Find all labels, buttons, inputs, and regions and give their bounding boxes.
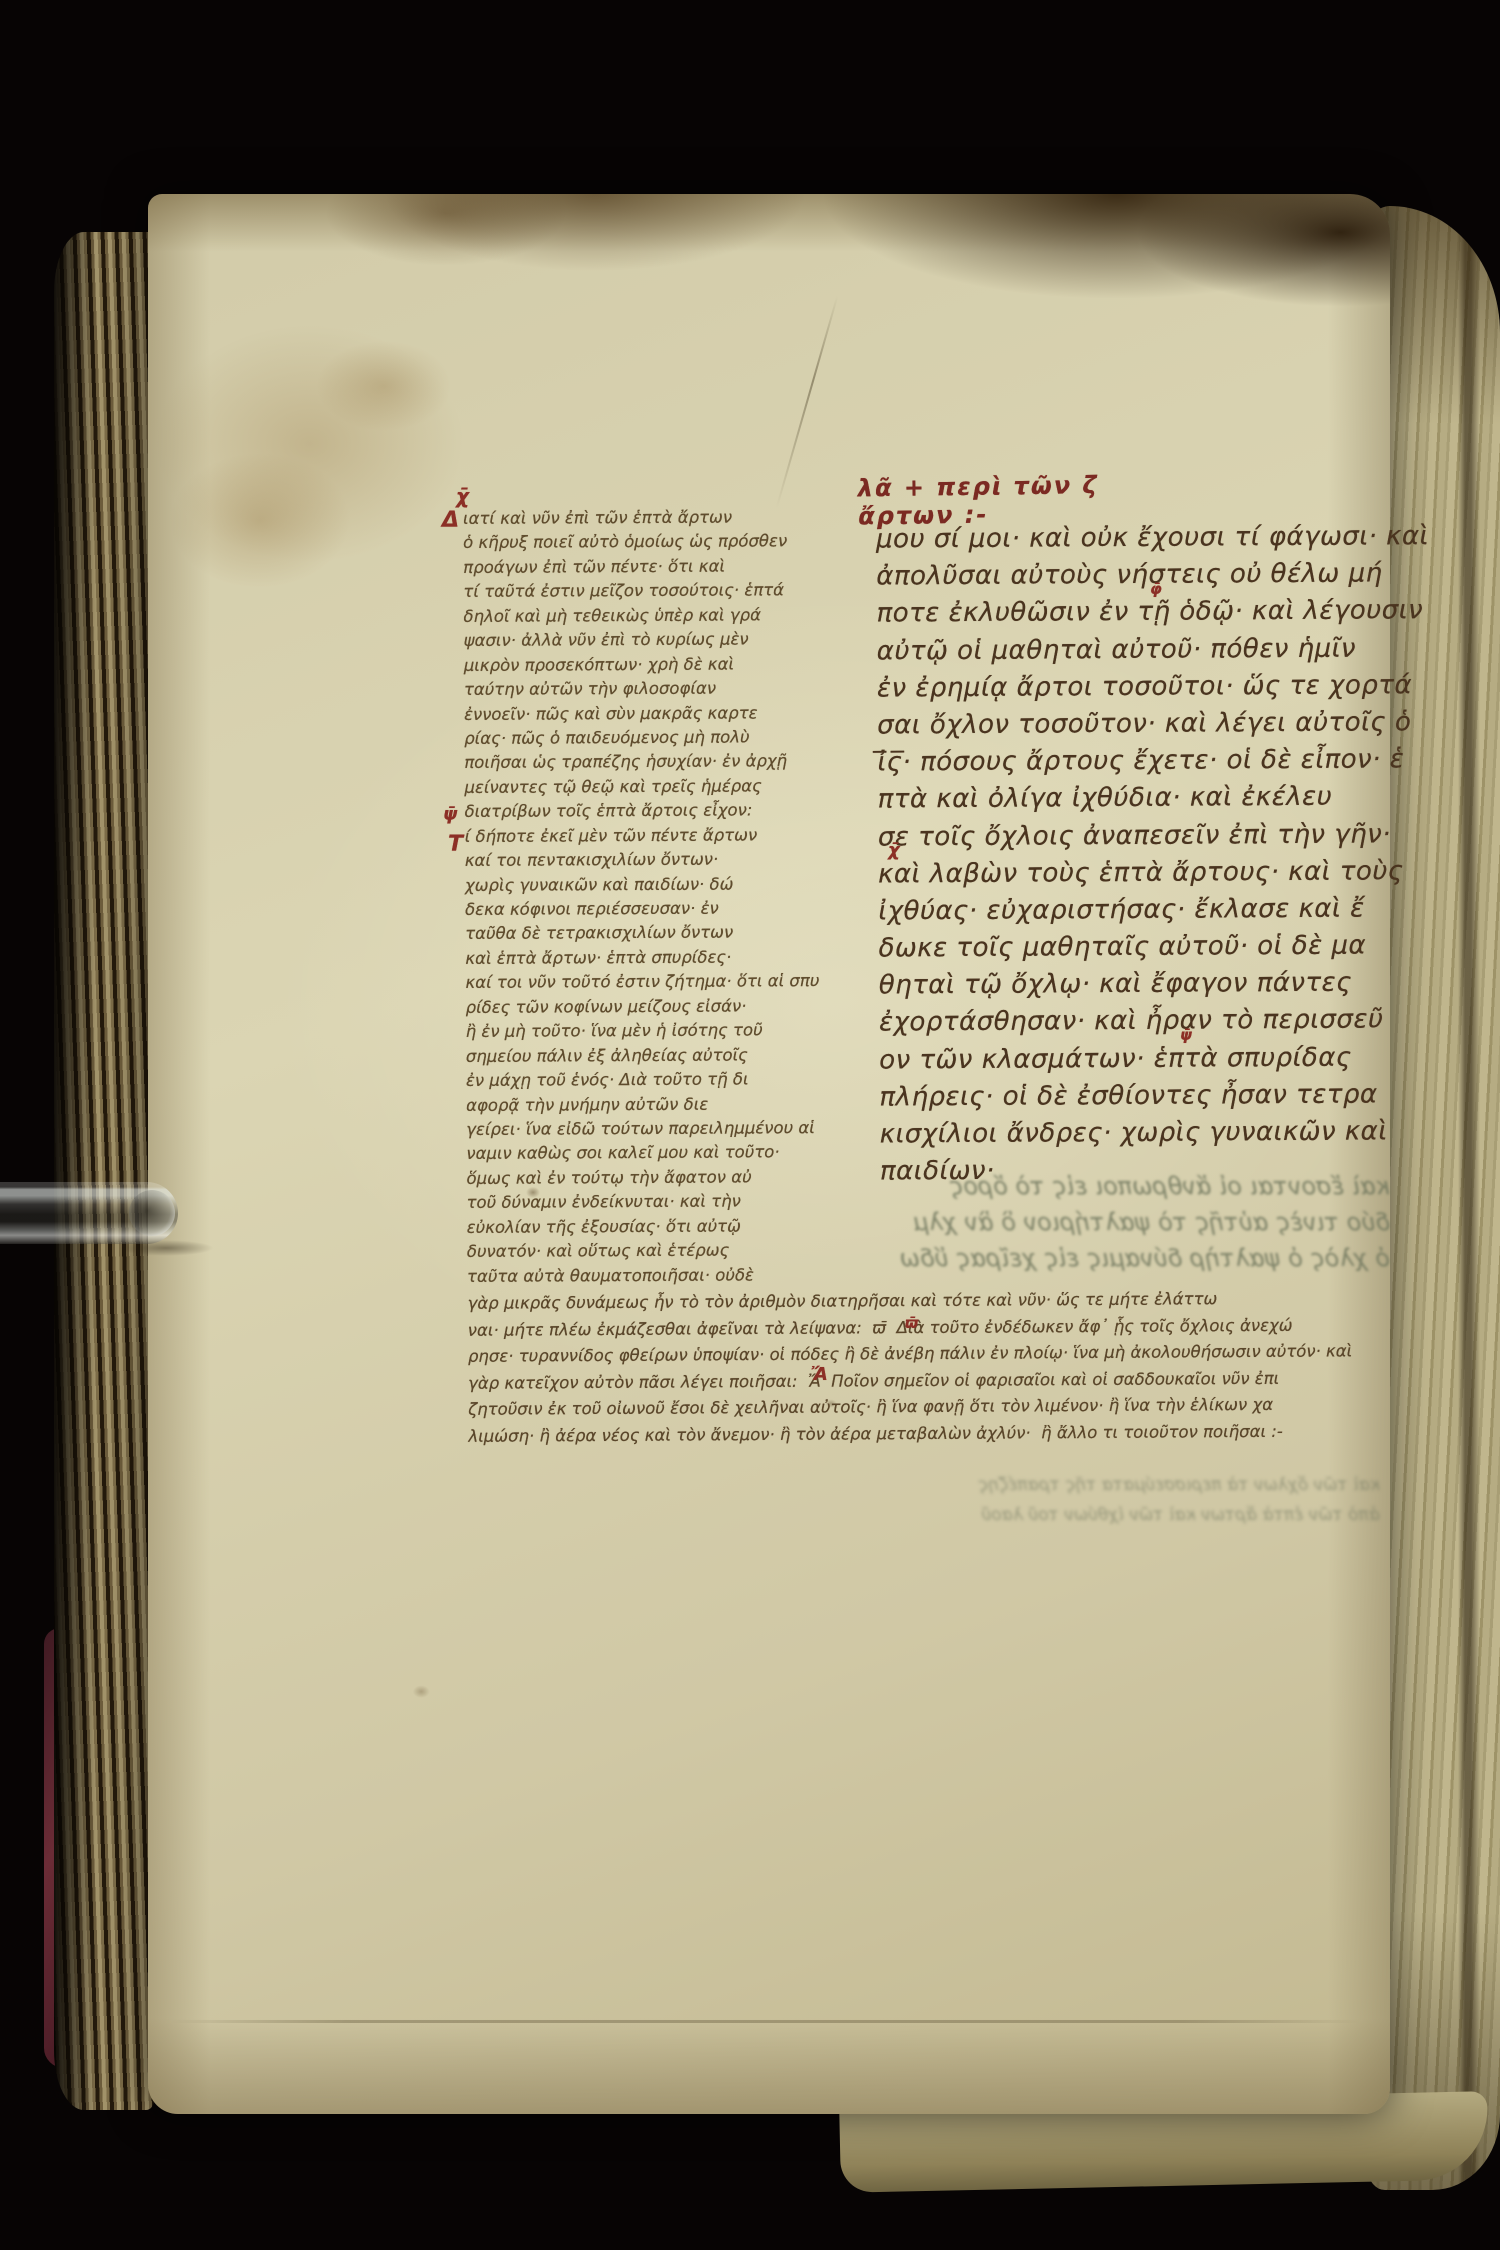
- rubric-marginal-mark: χ̄: [456, 484, 469, 508]
- manuscript-photo: λᾶ + περὶ τῶν ζ ἄρτων :- μου σί μοι· καὶ…: [0, 0, 1500, 2250]
- text-line: γείρει· ἵνα εἰδῶ τούτων παρειλημμένου αἱ: [466, 1116, 822, 1142]
- text-line: δυνατόν· καὶ οὕτως καὶ ἑτέρως: [467, 1238, 823, 1264]
- text-line: ὁ χλὸς ὁ ψαλτὴρ δύναμις εἰς χεῖρας ὕδω: [898, 1240, 1390, 1276]
- text-line: πλήρεις· οἱ δὲ ἐσθίοντες ἦσαν τετρα: [879, 1076, 1379, 1116]
- text-line: καί τοι πεντακισχιλίων ὄντων·: [465, 847, 821, 873]
- text-line: ρίδες τῶν κοφίνων μείζους εἰσάν·: [466, 994, 822, 1020]
- text-line: ἢ ἐν μὴ τοῦτο· ἵνα μὲν ἡ ἰσότης τοῦ: [466, 1018, 822, 1044]
- text-line: δηλοῖ καὶ μὴ τεθεικὼς ὑπὲρ καὶ γρά: [463, 603, 819, 629]
- footer-text-block: γὰρ μικρᾶς δυνάμεως ἦν τὸ τὸν ἀριθμὸν δι…: [468, 1285, 1385, 1450]
- text-line: μείναντες τῷ θεῷ καὶ τρεῖς ἡμέρας: [464, 774, 820, 800]
- text-line: χωρὶς γυναικῶν καὶ παιδίων· δώ: [465, 872, 821, 898]
- text-line: καὶ ἔσονται οἱ ἄνθρωποι εἰς τὸ ὄρος: [898, 1168, 1390, 1204]
- glass-rod-tip: [129, 1190, 175, 1236]
- text-line: πτὰ καὶ ὀλίγα ἰχθύδια· καὶ ἐκέλευ: [878, 779, 1378, 819]
- text-line: σαι ὄχλον τοσοῦτον· καὶ λέγει αὐτοῖς ὁ: [877, 704, 1377, 744]
- text-line: ταῦτα αὐτὰ θαυματοποιῆσαι· οὐδὲ: [467, 1263, 823, 1289]
- text-line: ἀπὸ τῶν ἑπτὰ ἄρτων καὶ τῶν ἰχθύων τοῦ λα…: [620, 1500, 1380, 1530]
- text-line: σε τοῖς ὄχλοις ἀναπεσεῖν ἐπὶ τὴν γῆν·: [878, 816, 1378, 856]
- rubric-marginal-mark: χ̄: [888, 840, 900, 861]
- text-line: δωκε τοῖς μαθηταῖς αὐτοῦ· οἱ δὲ μα: [878, 928, 1378, 968]
- text-line: ιατί καὶ νῦν ἐπὶ τῶν ἑπτὰ ἄρτων: [463, 505, 819, 531]
- rubric-marginal-mark: ψ̄: [1180, 1026, 1192, 1044]
- text-line: τοῦ δύναμιν ἐνδείκνυται· καὶ τὴν: [467, 1189, 823, 1215]
- text-line: προάγων ἐπὶ τῶν πέντε· ὅτι καὶ: [463, 554, 819, 580]
- text-line: θηταὶ τῷ ὄχλῳ· καὶ ἔφαγον πάντες: [879, 965, 1379, 1005]
- text-line: σημείου πάλιν ἐξ ἀληθείας αὐτοῖς: [466, 1043, 822, 1069]
- text-line: ἐννοεῖν· πῶς καὶ σὺν μακρᾶς καρτε: [464, 701, 820, 727]
- text-line: ἰχθύας· εὐχαριστήσας· ἔκλασε καὶ ἔ: [878, 890, 1378, 930]
- text-line: αὐτῷ οἱ μαθηταὶ αὐτοῦ· πόθεν ἡμῖν: [877, 630, 1377, 670]
- text-line: λιμώση· ἢ ἀέρα νέος καὶ τὸν ἄνεμον· ἢ τὸ…: [468, 1418, 1384, 1450]
- text-line: ποιῆσαι ὡς τραπέζης ἡσυχίαν· ἐν ἀρχῇ: [464, 749, 820, 775]
- text-line: ψασιν· ἀλλὰ νῦν ἐπὶ τὸ κυρίως μὲν: [464, 627, 820, 653]
- ink-offset-mirrored-text-upper: καὶ ἔσονται οἱ ἄνθρωποι εἰς τὸ ὄροςδύο τ…: [898, 1168, 1390, 1276]
- rubric-marginal-mark: Ἄ: [811, 1364, 828, 1385]
- text-line: ἐν ἐρημίᾳ ἄρτοι τοσοῦτοι· ὥς τε χορτά: [877, 667, 1377, 707]
- underlying-page-shadow: [170, 2020, 1360, 2023]
- glass-page-weight-rod: [0, 1182, 178, 1244]
- text-line: ἀπολῦσαι αὐτοὺς νήστεις οὐ θέλω μή: [876, 556, 1376, 596]
- rubric-marginal-mark: φ̄: [1150, 580, 1162, 598]
- text-line: καὶ λαβὼν τοὺς ἑπτὰ ἄρτους· καὶ τοὺς: [878, 853, 1378, 893]
- text-line: ί δήποτε ἐκεῖ μὲν τῶν πέντε ἄρτων: [465, 823, 821, 849]
- text-line: ρίας· πῶς ὁ παιδευόμενος μὴ πολὺ: [464, 725, 820, 751]
- text-line: μου σί μοι· καὶ οὐκ ἔχουσι τί φάγωσι· κα…: [876, 518, 1376, 558]
- text-line: ον τῶν κλασμάτων· ἑπτὰ σπυρίδας: [879, 1039, 1379, 1079]
- text-line: δεκα κόφινοι περιέσσευσαν· ἐν: [465, 896, 821, 922]
- gospel-text-column: μου σί μοι· καὶ οὐκ ἔχουσι τί φάγωσι· κα…: [876, 518, 1380, 1190]
- text-line: ταῦθα δὲ τετρακισχιλίων ὄντων: [465, 921, 821, 947]
- ink-offset-mirrored-text-lower: καὶ τῶν ὄχλων τὰ περισσεύματα τῆς τραπέζ…: [620, 1470, 1380, 1530]
- gutter-page-edges: [54, 232, 154, 2110]
- text-line: κισχίλιοι ἄνδρες· χωρὶς γυναικῶν καὶ: [880, 1113, 1380, 1153]
- text-line: καί τοι νῦν τοῦτό ἐστιν ζήτημα· ὅτι αἱ σ…: [465, 969, 821, 995]
- text-line: μικρὸν προσεκόπτων· χρὴ δὲ καὶ: [464, 652, 820, 678]
- text-line: ὁ κῆρυξ ποιεῖ αὐτὸ ὁμοίως ὡς πρόσθεν: [463, 530, 819, 556]
- text-line: ναμιν καθὼς σοι καλεῖ μου καὶ τοῦτο·: [466, 1140, 822, 1166]
- text-line: ἐν μάχῃ τοῦ ἑνός· Διὰ τοῦτο τῇ δι: [466, 1067, 822, 1093]
- text-line: εὐκολίαν τῆς ἐξουσίας· ὅτι αὐτῷ: [467, 1214, 823, 1240]
- text-line: αφορᾷ τὴν μνήμην αὐτῶν διε: [466, 1092, 822, 1118]
- text-line: τί ταῦτά ἐστιν μεῖζον τοσούτοις· ἑπτά: [463, 578, 819, 604]
- rubric-marginal-mark: ψ̄: [443, 804, 457, 825]
- text-line: δύο τινὲς αὐτῆς τὸ ψαλτήριον ὃ ἂν χλμ: [898, 1204, 1390, 1240]
- rubric-marginal-mark: Δ: [442, 508, 459, 533]
- text-line: καὶ ἑπτὰ ἄρτων· ἑπτὰ σπυρίδες·: [465, 945, 821, 971]
- text-line: ἰ̅ς̅· πόσους ἄρτους ἔχετε· οἱ δὲ εἶπον· …: [877, 742, 1377, 782]
- text-line: ταύτην αὐτῶν τὴν φιλοσοφίαν: [464, 676, 820, 702]
- rubric-marginal-mark: ϖ̄: [905, 1314, 918, 1332]
- text-line: ὅμως καὶ ἐν τούτῳ τὴν ἄφατον αὐ: [466, 1165, 822, 1191]
- text-line: καὶ τῶν ὄχλων τὰ περισσεύματα τῆς τραπέζ…: [620, 1470, 1380, 1500]
- text-line: ποτε ἐκλυθῶσιν ἐν τῇ ὁδῷ· καὶ λέγουσιν: [876, 593, 1376, 633]
- text-line: ἐχορτάσθησαν· καὶ ἦραν τὸ περισσεῦ: [879, 1002, 1379, 1042]
- rubric-marginal-mark: Τ: [448, 832, 463, 857]
- text-line: διατρίβων τοῖς ἑπτὰ ἄρτοις εἶχον:: [464, 798, 820, 824]
- commentary-text-column: ιατί καὶ νῦν ἐπὶ τῶν ἑπτὰ ἄρτωνὁ κῆρυξ π…: [463, 505, 823, 1289]
